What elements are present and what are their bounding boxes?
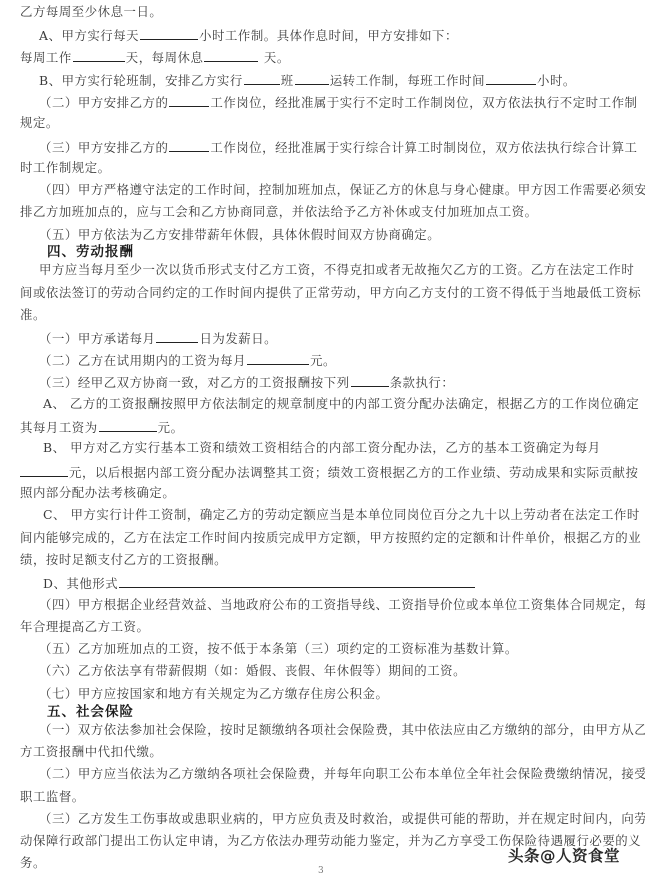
text-line: 准。 bbox=[20, 307, 46, 323]
text: 工作岗位，经批准属于实行综合计算工时制岗位，双方依法执行综合计算工 bbox=[210, 140, 637, 155]
text-line: 规定。 bbox=[20, 115, 59, 131]
text-line: C、 甲方实行计件工资制，确定乙方的劳动定额应当是本单位同岗位百分之九十以上劳动… bbox=[43, 507, 640, 523]
fill-blank[interactable] bbox=[119, 574, 475, 588]
text: （一）甲方承诺每月 bbox=[39, 331, 155, 346]
fill-blank[interactable] bbox=[169, 138, 209, 152]
text: A、甲方实行每天 bbox=[39, 28, 139, 43]
fill-blank[interactable] bbox=[244, 71, 280, 85]
page-number: 3 bbox=[318, 866, 324, 876]
fill-blank[interactable] bbox=[140, 26, 198, 40]
text-line: 每周工作天，每周休息 天。 bbox=[20, 48, 290, 66]
fill-blank[interactable] bbox=[99, 418, 157, 432]
text-line: 方工资报酬中代扣代缴。 bbox=[20, 744, 162, 760]
text-line: 甲方应当每月至少一次以货币形式支付乙方工资，不得克扣或者无故拖欠乙方的工资。乙方… bbox=[39, 262, 634, 278]
section-heading: 四、劳动报酬 bbox=[47, 240, 134, 260]
text: 天，每周休息 bbox=[126, 50, 204, 65]
text-line: 时工作制规定。 bbox=[20, 160, 111, 176]
section-heading: 五、社会保险 bbox=[47, 700, 134, 720]
text-line: （六）乙方依法享有带薪假期（如：婚假、丧假、年休假等）期间的工资。 bbox=[39, 663, 466, 679]
text-line: 间内能够完成的，乙方在法定工作时间内按质完成甲方定额，甲方按照约定的定额和计件单… bbox=[20, 530, 641, 546]
text-line: 排乙方加班加点的，应与工会和乙方协商同意，并依法给予乙方补休或支付加班加点工资。 bbox=[20, 204, 538, 220]
text: 小时。 bbox=[537, 73, 576, 88]
text: 条款执行： bbox=[390, 375, 455, 390]
text: B、甲方实行轮班制，安排乙方实行 bbox=[39, 73, 243, 88]
text: （三）经甲乙双方协商一致，对乙方的工资报酬按下列 bbox=[39, 375, 350, 390]
text-line: 绩，按时足额支付乙方的工资报酬。 bbox=[20, 552, 227, 568]
text: 工作岗位，经批准属于实行不定时工作制岗位，双方依法执行不定时工作制 bbox=[210, 95, 637, 110]
text: （二）甲方安排乙方的 bbox=[39, 95, 168, 110]
text-line: （五）乙方加班加点的工资，按不低于本条第（三）项约定的工资标准为基数计算。 bbox=[39, 641, 518, 657]
text-line: 照内部分配办法考核确定。 bbox=[20, 485, 175, 501]
text-line: （一）双方依法参加社会保险，按时足额缴纳各项社会保险费，其中依法应由乙方缴纳的部… bbox=[39, 722, 645, 738]
fill-blank[interactable] bbox=[20, 463, 68, 477]
text-line: （三）乙方发生工伤事故或患职业病的，甲方应负责及时救治，或提供可能的帮助，并在规… bbox=[39, 811, 645, 827]
text: 元。 bbox=[158, 420, 184, 435]
text-line: （二）甲方应当依法为乙方缴纳各项社会保险费，并每年向职工公布本单位全年社会保险费… bbox=[39, 766, 645, 782]
fill-blank[interactable] bbox=[169, 93, 209, 107]
fill-blank[interactable] bbox=[486, 71, 536, 85]
fill-blank[interactable] bbox=[247, 351, 309, 365]
fill-blank[interactable] bbox=[351, 373, 389, 387]
text-line: （二）甲方安排乙方的工作岗位，经批准属于实行不定时工作制岗位，双方依法执行不定时… bbox=[39, 93, 637, 111]
text-line: （三）甲方安排乙方的工作岗位，经批准属于实行综合计算工时制岗位，双方依法执行综合… bbox=[39, 138, 637, 156]
text-line: （四）甲方根据企业经营效益、当地政府公布的工资指导线、工资指导价位或本单位工资集… bbox=[39, 597, 645, 613]
text-line: （二）乙方在试用期内的工资为每月元。 bbox=[39, 351, 336, 369]
document-page: 乙方每周至少休息一日。 A、甲方实行每天小时工作制。具体作息时间，甲方安排如下：… bbox=[0, 0, 645, 880]
text-line: B、 甲方对乙方实行基本工资和绩效工资相结合的内部工资分配办法，乙方的基本工资确… bbox=[43, 440, 601, 456]
fill-blank[interactable] bbox=[73, 48, 125, 62]
text: （二）乙方在试用期内的工资为每月 bbox=[39, 353, 246, 368]
text-line: 乙方每周至少休息一日。 bbox=[20, 4, 162, 20]
text: 日为发薪日。 bbox=[199, 331, 277, 346]
text: 运转工作制，每班工作时间 bbox=[330, 73, 485, 88]
text: 天。 bbox=[264, 50, 290, 65]
text-line: 务。 bbox=[20, 855, 46, 871]
text-line: 其每月工资为元。 bbox=[20, 418, 184, 436]
fill-blank[interactable] bbox=[295, 71, 329, 85]
text-line: A、 乙方的工资报酬按照甲方依法制定的规章制度中的内部工资分配办法确定，根据乙方… bbox=[43, 396, 639, 412]
text: 每周工作 bbox=[20, 50, 72, 65]
fill-blank[interactable] bbox=[156, 329, 198, 343]
text-line: D、其他形式 bbox=[43, 574, 476, 592]
text: 其每月工资为 bbox=[20, 420, 98, 435]
text: 元。 bbox=[310, 353, 336, 368]
text-line: （三）经甲乙双方协商一致，对乙方的工资报酬按下列条款执行： bbox=[39, 373, 454, 391]
text-line: 职工监督。 bbox=[20, 789, 85, 805]
text: 元，以后根据内部工资分配办法调整其工资；绩效工资根据乙方的工作业绩、劳动成果和实… bbox=[69, 465, 638, 480]
text-line: （一）甲方承诺每月日为发薪日。 bbox=[39, 329, 277, 347]
text-line: A、甲方实行每天小时工作制。具体作息时间，甲方安排如下： bbox=[39, 26, 458, 44]
text: D、其他形式 bbox=[43, 576, 118, 591]
watermark: 头条@人资食堂 bbox=[508, 844, 620, 866]
text: （三）甲方安排乙方的 bbox=[39, 140, 168, 155]
text-line: （四）甲方严格遵守法定的工作时间，控制加班加点，保证乙方的休息与身心健康。甲方因… bbox=[39, 182, 645, 198]
text-line: 间或依法签订的劳动合同约定的工作时间内提供了正常劳动，甲方向乙方支付的工资不得低… bbox=[20, 285, 641, 301]
text-line: 元，以后根据内部工资分配办法调整其工资；绩效工资根据乙方的工作业绩、劳动成果和实… bbox=[20, 463, 638, 481]
text-line: 年合理提高乙方工资。 bbox=[20, 619, 149, 635]
fill-blank[interactable] bbox=[204, 48, 258, 62]
text-line: B、甲方实行轮班制，安排乙方实行班运转工作制，每班工作时间小时。 bbox=[39, 71, 576, 89]
text: 小时工作制。具体作息时间，甲方安排如下： bbox=[199, 28, 458, 43]
text: 班 bbox=[281, 73, 294, 88]
